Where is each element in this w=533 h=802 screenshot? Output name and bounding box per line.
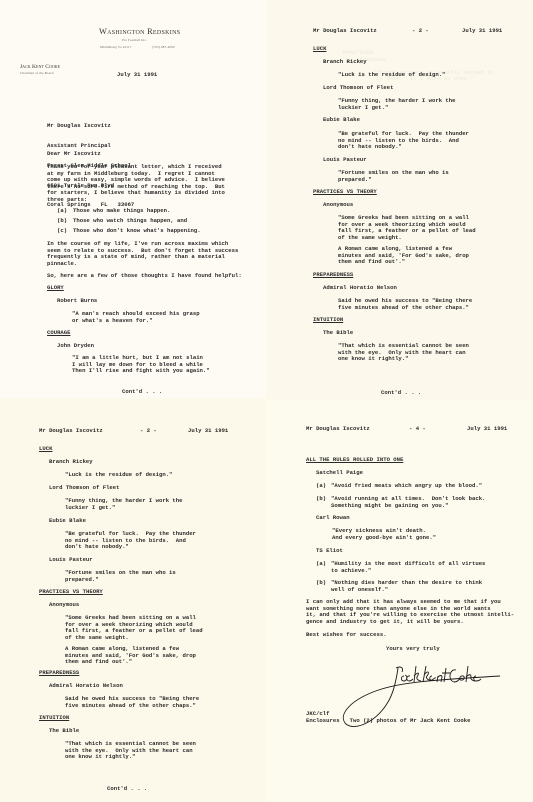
quote-author: Admiral Horatio Nelson (49, 683, 123, 690)
heading-practices-vs-theory: PRACTICES VS THEORY (39, 589, 103, 596)
continued-note: Cont'd . . . (107, 786, 147, 793)
part-text: Those who don't know what's happening. (73, 228, 201, 235)
maxims-paragraph: In the course of my life, I've run acros… (47, 241, 238, 267)
page-header-date: July 31 1991 (188, 427, 228, 434)
quote-text: "Funny thing, the harder I work the luck… (65, 498, 183, 511)
letterhead-organization: Washington Redskins (99, 27, 180, 36)
letter-page-4: Mr Douglas Iscovitz - 4 - July 31 1991 A… (266, 400, 533, 802)
part-label: (a) (57, 208, 67, 215)
page-number: - 2 - (412, 27, 429, 34)
letter-date: July 31 1991 (117, 72, 157, 79)
quote-author: John Dryden (57, 343, 94, 350)
page-header-date: July 31 1991 (462, 27, 502, 34)
quote-text: "Be grateful for luck. Pay the thunder n… (338, 131, 469, 151)
letter-page-2: PRACTICES Anonymous "Things attract as u… (266, 0, 533, 400)
quote-text: "Every sickness ain't death. And every g… (332, 528, 436, 541)
heading-preparedness: PREPAREDNESS (39, 670, 79, 677)
enclosures: Enclosures Two (2) photos of Mr Jack Ken… (306, 718, 470, 725)
heading-luck: LUCK (313, 46, 326, 53)
heading-luck: LUCK (39, 446, 52, 453)
part-text: Those who make things happen. (73, 208, 170, 215)
page-number: - 2 - (140, 427, 157, 434)
item-label: (a) (316, 483, 326, 490)
heading-all-the-rules: ALL THE RULES ROLLED INTO ONE (306, 457, 403, 464)
quote-text: A Roman came along, listened a few minut… (65, 646, 196, 666)
quote-text: "Some Greeks had been sitting on a wall … (65, 615, 203, 641)
letterhead-sender-title: Chairman of the Board (20, 71, 54, 75)
item-label: (b) (316, 580, 326, 587)
salutation: Dear Mr Iscovitz (47, 151, 101, 158)
page-header-name: Mr Douglas Iscovitz (39, 427, 103, 434)
quote-text: A Roman came along, listened a few minut… (338, 246, 469, 266)
quote-author: Admiral Horatio Nelson (323, 285, 397, 292)
page-header-name: Mr Douglas Iscovitz (306, 425, 370, 432)
quote-text: "Funny thing, the harder I work the luck… (338, 98, 456, 111)
quote-author: Louis Pasteur (49, 557, 93, 564)
letterhead-organization-sub: Pro Football Inc. (122, 38, 147, 42)
recipient-line: Assistant Principal (47, 143, 134, 150)
quote-text: "Be grateful for luck. Pay the thunder n… (65, 531, 196, 551)
letter-page-1: Washington Redskins Pro Football Inc. Mi… (0, 0, 266, 398)
quote-author: Eubie Blake (323, 117, 360, 124)
quote-author: Lord Thomson of Fleet (49, 485, 120, 492)
part-label: (c) (57, 228, 67, 235)
item-label: (a) (316, 561, 326, 568)
quote-author: The Bible (49, 728, 79, 735)
quote-text: "Nothing dies harder than the desire to … (331, 580, 482, 593)
closing-paragraph: I can only add that it has always seemed… (306, 599, 514, 625)
quote-author: Louis Pasteur (323, 157, 367, 164)
quote-text: "A man's reach should exceed his grasp o… (72, 311, 200, 324)
part-label: (b) (57, 218, 67, 225)
quote-author: Eubie Blake (49, 518, 86, 525)
part-text: Those who watch things happen, and (73, 218, 187, 225)
quote-author: The Bible (323, 330, 353, 337)
quote-text: "Avoid running at all times. Don't look … (331, 496, 485, 509)
letterhead-phone: (703) 687-4000 (152, 45, 175, 49)
quote-text: "Luck is the residue of design." (338, 72, 445, 79)
quote-author: Anonymous (323, 202, 353, 209)
page-header-name: Mr Douglas Iscovitz (313, 27, 377, 34)
quote-author: Anonymous (49, 602, 79, 609)
letter-page-2-copy: Mr Douglas Iscovitz - 2 - July 31 1991 L… (0, 398, 266, 802)
quote-text: "Fortune smiles on the man who is prepar… (338, 170, 449, 183)
heading-intuition: INTUITION (313, 317, 343, 324)
quote-text: "That which is essential cannot be seen … (65, 741, 196, 761)
heading-glory: GLORY (47, 285, 64, 292)
quote-author: TS Eliot (316, 548, 343, 555)
quote-text: Said he owed his success to "Being there… (338, 298, 472, 311)
quote-author: Branch Rickey (49, 459, 93, 466)
letterhead-sender-name: Jack Kent Cooke (20, 64, 60, 70)
quote-text: Said he owed his success to "Being there… (65, 696, 199, 709)
item-label: (b) (316, 496, 326, 503)
valediction: Yours very truly (386, 646, 440, 653)
heading-courage: COURAGE (47, 330, 71, 337)
quote-author: Robert Burns (57, 298, 97, 305)
quote-author: Carl Rowan (316, 515, 350, 522)
quote-text: "Fortune smiles on the man who is prepar… (65, 570, 176, 583)
quote-text: "Humility is the most difficult of all v… (331, 561, 485, 574)
continued-note: Cont'd . . . (122, 389, 162, 396)
intro-paragraph: Thank you for your pleasant letter, whic… (47, 164, 225, 204)
lead-in: So, here are a few of those thoughts I h… (47, 273, 242, 280)
quote-text: "I am a little hurt, but I am not slain … (72, 355, 210, 375)
recipient-line: Mr Douglas Iscovitz (47, 123, 134, 130)
heading-practices-vs-theory: PRACTICES VS THEORY (313, 189, 377, 196)
heading-preparedness: PREPAREDNESS (313, 272, 353, 279)
quote-text: "That which is essential cannot be seen … (338, 343, 469, 363)
quote-author: Branch Rickey (323, 59, 367, 66)
letterhead-address: Middleburg Va 22117 (100, 45, 132, 49)
quote-text: "Luck is the residue of design." (65, 472, 172, 479)
quote-author: Satchell Paige (316, 470, 363, 477)
page-number: - 4 - (409, 425, 426, 432)
heading-intuition: INTUITION (39, 715, 69, 722)
best-wishes: Best wishes for success. (306, 632, 387, 639)
quote-text: "Avoid fried meats which angry up the bl… (331, 483, 482, 490)
quote-author: Lord Thomson of Fleet (323, 85, 394, 92)
page-header-date: July 31 1991 (467, 425, 507, 432)
quote-text: "Some Greeks had been sitting on a wall … (338, 215, 476, 241)
continued-note: Cont'd . . . (381, 390, 421, 397)
